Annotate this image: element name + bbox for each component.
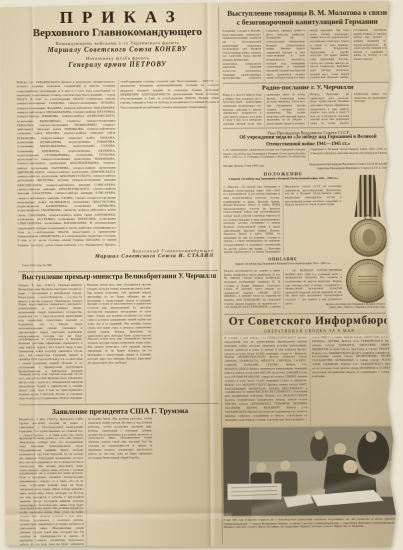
prikaz-addressee-2: Маршалу Советского Союза КОНЕВУ (16, 46, 218, 54)
medal-figure (343, 175, 396, 301)
ukaz-signature-gorkin: Секретарь Президиума Верховного Совета С… (249, 166, 393, 171)
molotov-speech-body: Товарищи! Сегодня в Берлине представител… (222, 29, 392, 82)
molotov-speech-headline: Выступление товарища В. М. Молотова в св… (222, 8, 392, 28)
prikaz-signature-name: Маршал Советского Союза И. СТАЛИН (18, 253, 214, 260)
ukaz-headline-line1: Об учреждении медали «За победу над Герм… (223, 135, 393, 143)
medal-reverse-inscription (358, 276, 378, 286)
medal-ribbon (354, 175, 380, 217)
opisanie-subtitle: медали «За победу над Германией в Велико… (224, 262, 342, 266)
opisanie-heading: ОПИСАНИЕ (224, 257, 342, 262)
ukaz-headline: Об учреждении медали «За победу над Герм… (223, 135, 393, 149)
prikaz-header: ПРИКАЗ Верховного Главнокомандующего Ком… (16, 7, 218, 69)
divider (19, 403, 219, 405)
prikaz-subtitle: Верховного Главнокомандующего (16, 26, 218, 39)
sovinformburo-subtitle: ОПЕРАТИВНАЯ СВОДКА ЗА 9 МАЯ (224, 329, 394, 334)
divider (18, 270, 218, 272)
ukaz-body: 1. В ознаменование одержанной победы над… (223, 148, 393, 162)
medal-obverse (350, 219, 388, 257)
ukaz-signatures: Председатель Президиума Верховного Совет… (249, 162, 393, 171)
medal-caption: Медаль «За победу над Германией в Велико… (322, 303, 396, 310)
sovinformburo-body: В течение 9 мая войска 1-го ПРИБАЛТИЙСКО… (224, 336, 395, 426)
capitulation-signing-photo (223, 427, 398, 516)
polozhenie-subtitle: о медали «За победу над Германией в Вели… (223, 177, 343, 181)
truman-statement-headline: Заявление президента США Г. Трумэна (19, 406, 221, 416)
newspaper-page: ПРИКАЗ Верховного Главнокомандующего Ком… (0, 0, 403, 550)
molotov-headline-line2: с безоговорочной капитуляцией Германии (222, 17, 392, 27)
churchill-speech-body: Лондон, 8 мая. (ТАСС). Премьер-министр В… (18, 283, 221, 402)
churchill-radio-headline: Радио-послание г. У. Черчилля (223, 84, 393, 92)
prikaz-addressee-4: Генералу армии ПЕТРОВУ (17, 61, 219, 69)
prikaz-signature: Верховный Главнокомандующий Маршал Совет… (18, 248, 214, 260)
churchill-radio-body: Вчера в 2 часа 41 минуту утра в Реймсе б… (223, 93, 393, 127)
polozhenie-body: 1. Медалью «За победу над Германией в Ве… (223, 185, 341, 256)
prikaz-title: ПРИКАЗ (16, 7, 218, 28)
medal-reverse (346, 259, 390, 303)
photo-caption: 8 мая 1945 года в Берлине подписан акт о… (224, 518, 398, 530)
newspaper-photograph: ПРИКАЗ Верховного Главнокомандующего Ком… (0, 0, 403, 550)
ukaz-place-date: Москва, Кремль. 9 мая 1945 года. (223, 164, 264, 168)
churchill-speech-headline: Выступление премьер-министра Великобрита… (18, 273, 220, 281)
prikaz-dateline: 9 мая 1945 года, № 368. (22, 263, 52, 267)
truman-statement-body: Вашингтон, 8 мая. (ТАСС). Президент США … (19, 417, 222, 547)
sovinformburo-headline: От Советского Информбюро (224, 315, 394, 328)
prikaz-body-text: Войска 1-го УКРАИНСКОГО фронта в результ… (17, 79, 220, 247)
capitulation-photo-art (223, 427, 398, 516)
